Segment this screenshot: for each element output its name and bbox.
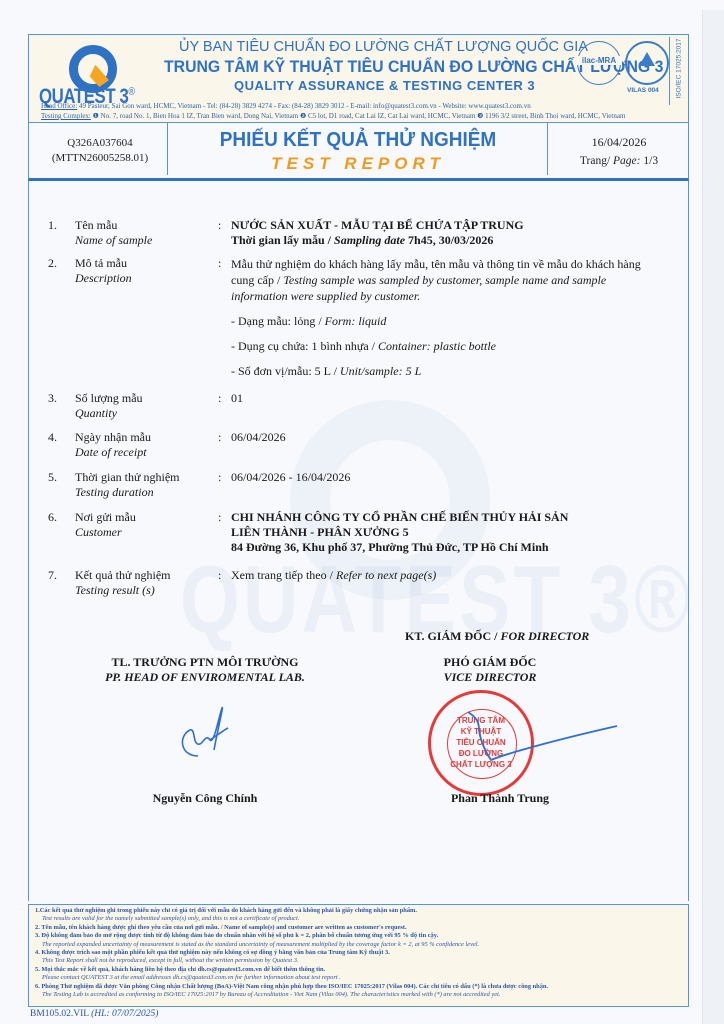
org-parent: ỦY BAN TIÊU CHUẨN ĐO LƯỜNG CHẤT LƯỢNG QU… <box>179 39 588 55</box>
divider <box>547 123 548 175</box>
head-office-line: Head Office: 49 Pasteur, Sai Gon ward, H… <box>41 102 531 110</box>
report-title-vn: PHIẾU KẾT QUẢ THỬ NGHIỆM <box>178 129 537 152</box>
quantity-value: 01 <box>231 391 651 406</box>
vice-director-title: PHÓ GIÁM ĐỐC VICE DIRECTOR <box>400 655 580 685</box>
note-5-en: Please contact QUATEST 3 at the email ad… <box>35 974 682 982</box>
note-4-en: This Test Report shall not be reproduced… <box>35 957 682 965</box>
note-6-vn: 6. Phòng Thử nghiệm đã được Văn phòng Cô… <box>35 983 682 991</box>
note-1-en: Test results are valid for the namely su… <box>35 915 682 923</box>
form-code: BM105.02.VIL (HL: 07/07/2025) <box>30 1009 158 1019</box>
signer-name-left: Nguyễn Công Chính <box>55 791 355 806</box>
label-vn: Tên mẫu <box>75 218 117 232</box>
title-band: Q326A037604 (MTTN26005258.01) PHIẾU KẾT … <box>28 123 689 181</box>
for-director-label: KT. GIÁM ĐỐC / FOR DIRECTOR <box>405 629 589 644</box>
footer-notes: 1.Các kết quả thử nghiệm ghi trong phiếu… <box>28 904 689 1007</box>
document-page: QUATEST 3® ỦY BAN TIÊU CHUẨN ĐO LƯỜNG CH… <box>0 0 724 1024</box>
internal-code: (MTTN26005258.01) <box>39 151 161 166</box>
scan-edge <box>702 10 724 1024</box>
signer-name-right: Phan Thành Trung <box>420 791 580 806</box>
receipt-date-value: 06/04/2026 <box>231 430 651 445</box>
report-code: Q326A037604 <box>39 136 161 151</box>
label-en: Name of sample <box>75 233 225 248</box>
iso-label: ISO/IEC 17025:2017 <box>669 37 688 105</box>
sample-name-value: NƯỚC SẢN XUẤT - MẪU TẠI BỂ CHỨA TẬP TRUN… <box>231 218 651 233</box>
note-2: 2. Tên mẫu, tên khách hàng được ghi theo… <box>35 924 682 932</box>
note-3-en: The reported expanded uncertainty of mea… <box>35 941 682 949</box>
registered-mark: ® <box>128 86 134 98</box>
note-4-vn: 4. Không được trích sao một phần phiếu k… <box>35 949 682 957</box>
letterhead: QUATEST 3® ỦY BAN TIÊU CHUẨN ĐO LƯỜNG CH… <box>28 34 689 123</box>
note-5-vn: 5. Mọi thắc mắc về kết quả, khách hàng l… <box>35 966 682 974</box>
report-date: 16/04/2026 <box>549 135 689 150</box>
testing-duration-value: 06/04/2026 - 16/04/2026 <box>231 470 651 485</box>
unit-value: Unit/sample: 5 L <box>340 364 421 378</box>
page-indicator: Trang/ Page: 1/3 <box>549 155 689 167</box>
form-value: Form: liquid <box>325 314 387 328</box>
signature-left-icon <box>170 700 250 780</box>
sampling-date-value: 7h45, 30/03/2026 <box>405 233 493 247</box>
ilac-mra-badge-icon: ilac-MRA <box>577 41 621 85</box>
customer-value: CHI NHÁNH CÔNG TY CỔ PHẦN CHẾ BIẾN THỦY … <box>231 510 651 555</box>
boa-accreditation-badge-icon <box>625 41 669 85</box>
org-name-en: QUALITY ASSURANCE & TESTING CENTER 3 <box>234 78 535 93</box>
testing-complex-line: Testing Complex: ❶ No. 7, road No. 1, Bi… <box>41 112 625 120</box>
report-title-en: TEST REPORT <box>169 154 547 174</box>
lab-head-title: TL. TRƯỞNG PTN MÔI TRƯỜNG PP. HEAD OF EN… <box>55 655 355 685</box>
divider <box>167 123 168 175</box>
customer-address: 84 Đường 36, Khu phố 37, Phường Thủ Đức,… <box>231 540 651 555</box>
report-code-block: Q326A037604 (MTTN26005258.01) <box>39 136 161 166</box>
signature-right-icon <box>465 710 625 780</box>
note-6-en: The Testing Lab is accredited as conform… <box>35 991 682 999</box>
note-1-vn: 1.Các kết quả thử nghiệm ghi trong phiếu… <box>35 907 682 915</box>
container-value: Container: plastic bottle <box>378 339 496 353</box>
quatest-logo: QUATEST 3® <box>39 41 149 101</box>
vilas-label: VILAS 004 <box>627 87 659 94</box>
testing-result-value: Xem trang tiếp theo / Refer to next page… <box>231 568 651 583</box>
note-3-vn: 3. Độ không đảm bảo đo mở rộng được tính… <box>35 932 682 940</box>
